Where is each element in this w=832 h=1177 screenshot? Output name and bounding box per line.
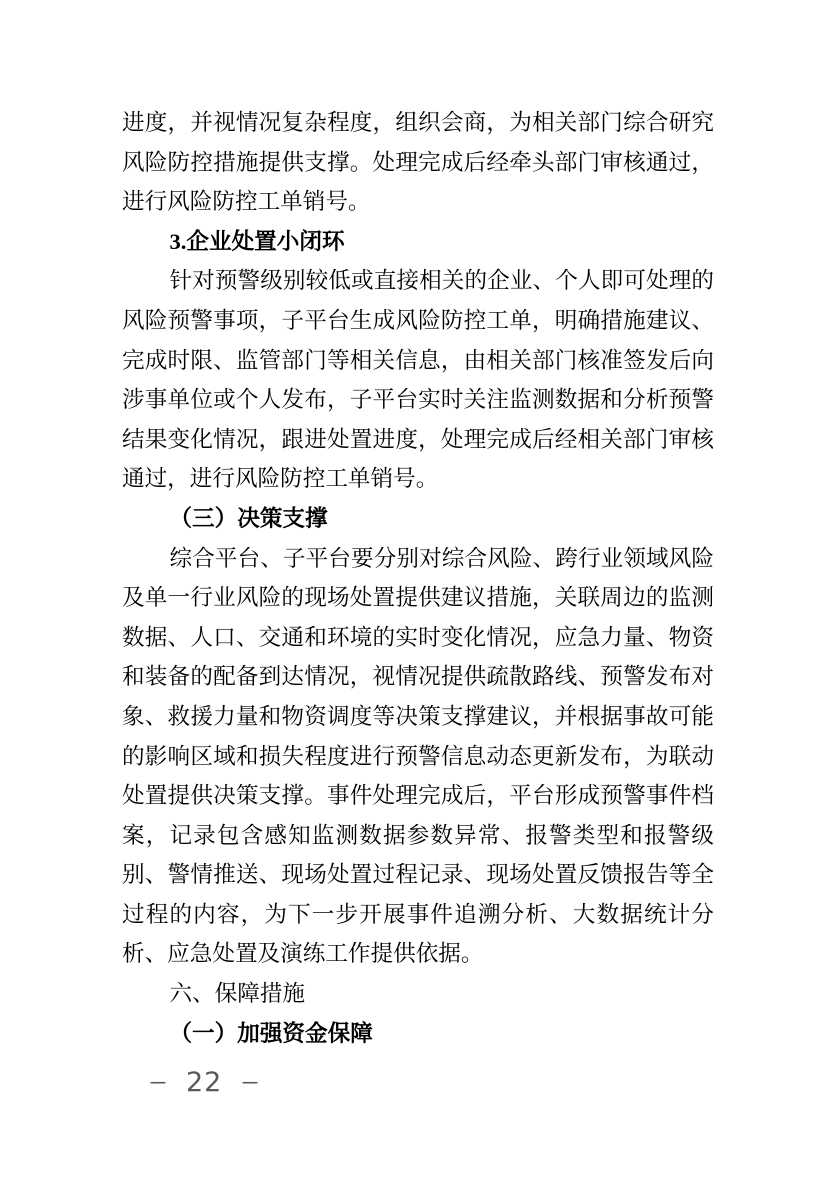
document-page: 进度，并视情况复杂程度，组织会商，为相关部门综合研究风险防控措施提供支撑。处理完… [0,0,832,1177]
heading-decision-support: （三）决策支撑 [122,499,714,539]
page-number: 22 [186,1069,222,1096]
document-body: 进度，并视情况复杂程度，组织会商，为相关部门综合研究风险防控措施提供支撑。处理完… [122,103,714,1053]
paragraph-enterprise-disposal: 针对预警级别较低或直接相关的企业、个人即可处理的风险预警事项，子平台生成风险防控… [122,261,714,499]
footer-dash-right: — [242,1072,259,1094]
paragraph-decision-support: 综合平台、子平台要分别对综合风险、跨行业领域风险及单一行业风险的现场处置提供建议… [122,539,714,975]
page-footer: — 22 — [147,1069,261,1096]
footer-dash-left: — [150,1072,167,1094]
heading-enterprise-disposal-loop: 3.企业处置小闭环 [122,222,714,262]
heading-safeguard-measures: 六、保障措施 [122,974,714,1014]
paragraph-workorder-continuation: 进度，并视情况复杂程度，组织会商，为相关部门综合研究风险防控措施提供支撑。处理完… [122,103,714,222]
heading-funding-guarantee: （一）加强资金保障 [122,1014,714,1054]
